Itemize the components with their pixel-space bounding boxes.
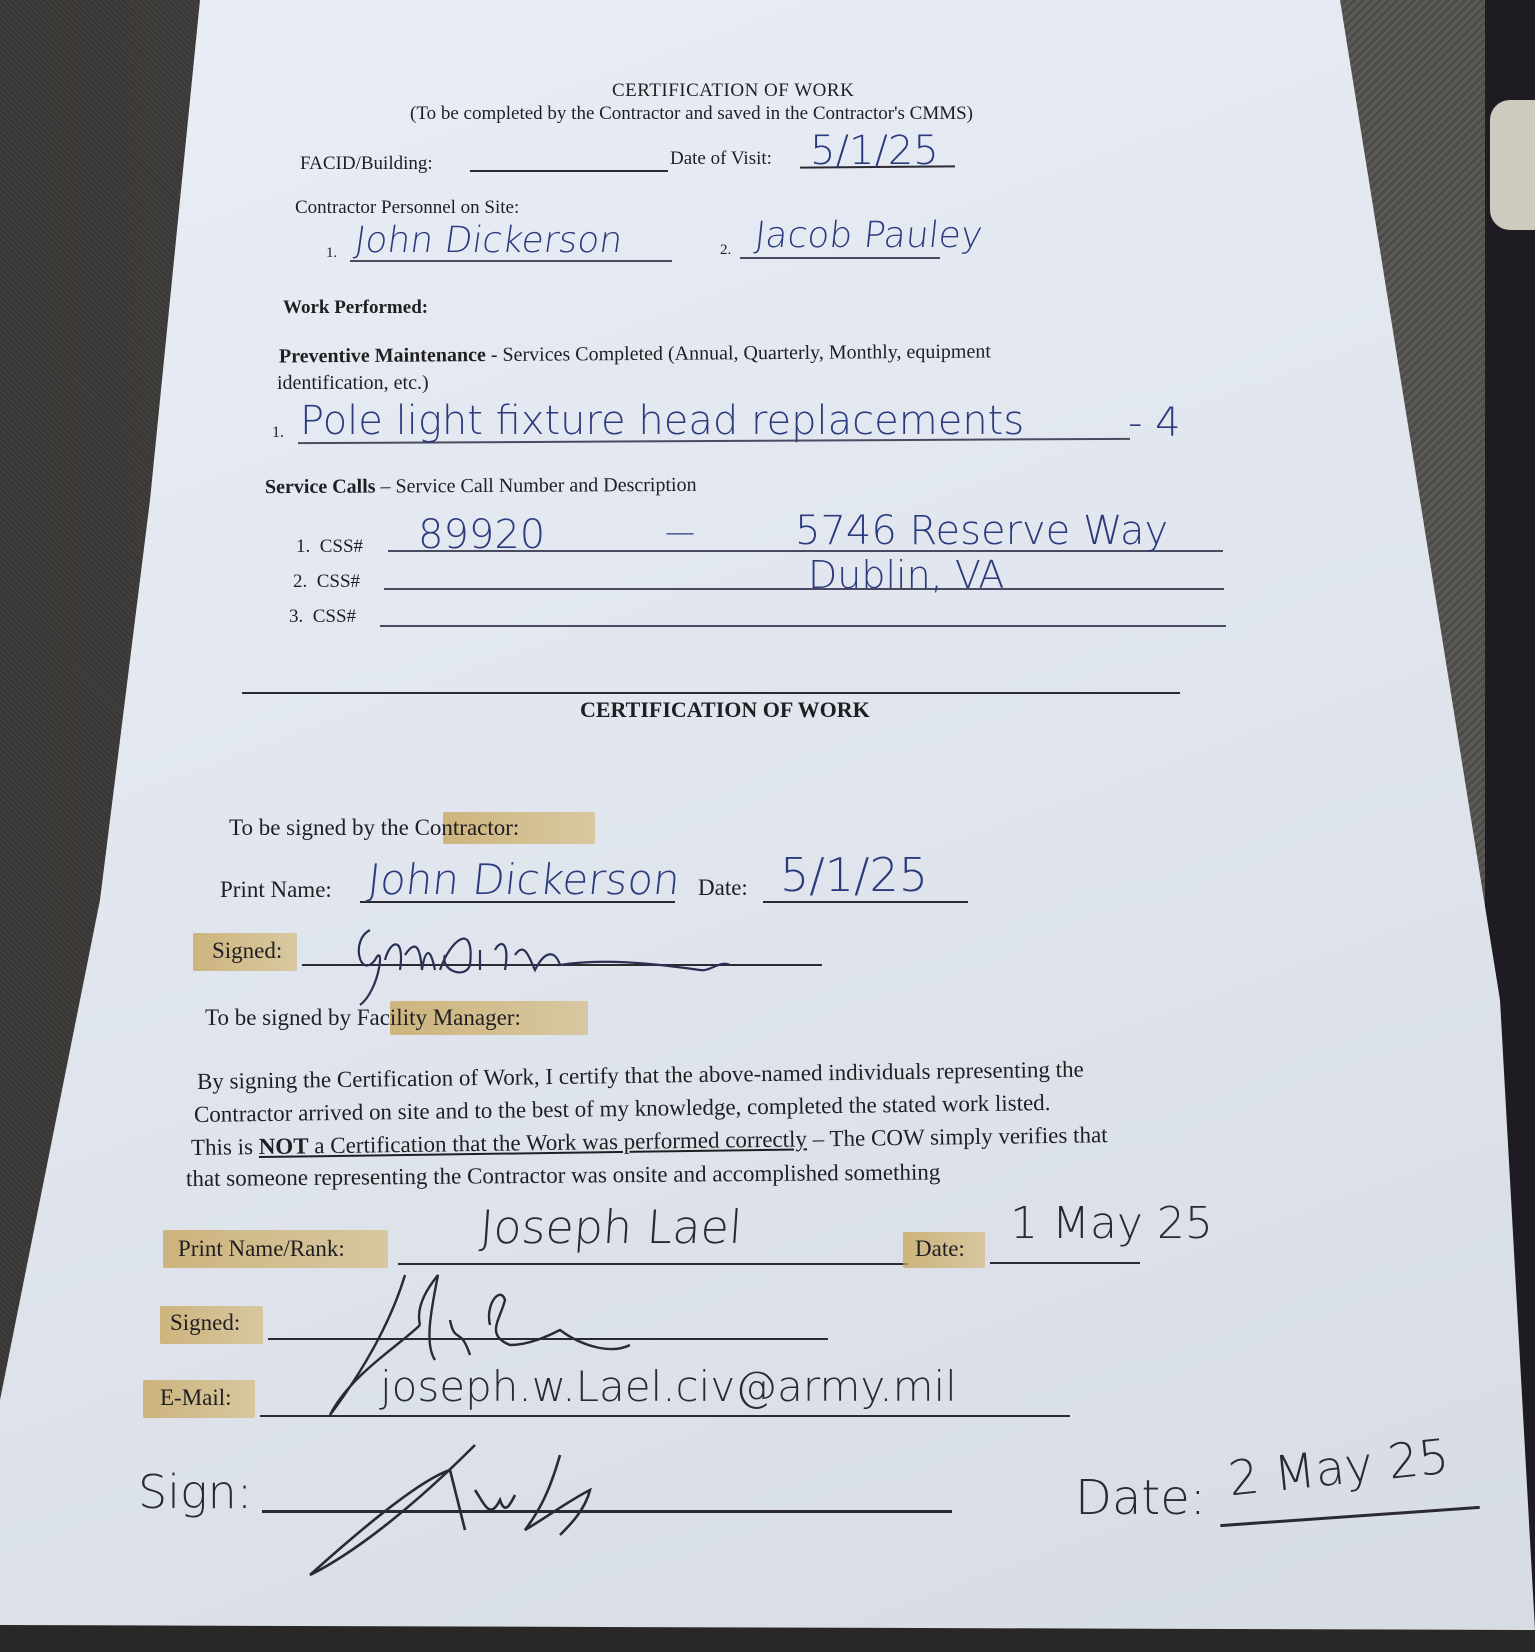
fm-email-field[interactable] (260, 1415, 1070, 1417)
extra-date-label: Date: (1075, 1470, 1206, 1526)
fm-email-label: E-Mail: (160, 1385, 232, 1411)
fm-sign-prefix: To be signed by (205, 1005, 357, 1030)
statement-line2: Contractor arrived on site and to the be… (194, 1090, 1051, 1128)
pm-description: Preventive Maintenance - Services Comple… (279, 341, 991, 369)
service-call-2-num: 2. (293, 571, 307, 592)
extra-date-value: 2 May 25 (1226, 1429, 1452, 1508)
contractor-date-value: 5/1/25 (780, 848, 928, 902)
personnel-2-field[interactable] (740, 257, 940, 259)
fm-print-name-value: Joseph Lael (478, 1200, 744, 1254)
date-of-visit-label: Date of Visit: (670, 148, 772, 170)
facid-label: FACID/Building: (300, 153, 433, 175)
pm-description-line2: identification, etc.) (277, 372, 429, 395)
fm-sign-heading: To be signed by Facility Manager: (205, 1005, 521, 1031)
personnel-2-name: Jacob Pauley (753, 215, 985, 256)
form-title: CERTIFICATION OF WORK (612, 80, 854, 102)
contractor-signature (330, 900, 760, 1010)
service-calls-description: Service Calls – Service Call Number and … (265, 474, 697, 499)
service-call-1-dash: — (665, 515, 695, 550)
service-call-2-css: CSS# (317, 571, 360, 592)
pm-item-1-suffix: - 4 (1128, 400, 1181, 446)
pm-label-rest: - Services Completed (Annual, Quarterly,… (486, 341, 991, 367)
extra-date-field[interactable] (1220, 1506, 1480, 1527)
contractor-print-name-label: Print Name: (220, 877, 332, 903)
service-call-1-label: 1. CSS# (296, 536, 363, 558)
certification-form: CERTIFICATION OF WORK (To be completed b… (0, 0, 1535, 1652)
contractor-date-label: Date: (698, 875, 748, 901)
statement-line4: that someone representing the Contractor… (186, 1159, 941, 1192)
service-call-2-description: Dublin, VA (808, 553, 1004, 597)
contractor-sign-heading: To be signed by the Contractor: (229, 815, 519, 841)
service-call-1-num: 1. (296, 536, 310, 557)
extra-sign-label: Sign: (138, 1465, 252, 1519)
personnel-2-num: 2. (720, 242, 731, 259)
contractor-sign-highlight: Contractor: (415, 815, 520, 840)
facid-field[interactable] (470, 170, 668, 172)
fm-email-value: joseph.w.Lael.civ@army.mil (380, 1362, 957, 1411)
service-call-3-num: 3. (289, 606, 303, 627)
statement-line3-a: This is (191, 1134, 259, 1160)
pm-item-1-num: 1. (272, 424, 284, 442)
fm-signed-label: Signed: (170, 1310, 240, 1336)
fm-print-name-label: Print Name/Rank: (178, 1236, 345, 1262)
personnel-1-num: 1. (326, 245, 337, 262)
service-call-2-field[interactable] (384, 588, 1224, 590)
service-call-1-number: 89920 (418, 512, 545, 558)
fm-date-label: Date: (915, 1236, 965, 1262)
fm-date-field[interactable] (990, 1262, 1140, 1264)
section-divider (242, 692, 1180, 694)
service-calls-label-rest: – Service Call Number and Description (375, 474, 696, 498)
pm-item-1-value: Pole light fixture head replacements (300, 398, 1024, 444)
form-subtitle: (To be completed by the Contractor and s… (410, 103, 973, 125)
section2-title: CERTIFICATION OF WORK (580, 697, 870, 723)
contractor-signed-label: Signed: (212, 938, 282, 964)
contractor-sign-prefix: To be signed by the (229, 815, 415, 840)
statement-line1: By signing the Certification of Work, I … (197, 1057, 1084, 1095)
service-call-1-description: 5746 Reserve Way (795, 508, 1168, 554)
personnel-label: Contractor Personnel on Site: (295, 197, 519, 219)
service-call-3-field[interactable] (380, 625, 1226, 627)
fm-sign-highlight: Facility Manager: (357, 1005, 521, 1030)
personnel-1-name: John Dickerson (352, 220, 625, 261)
contractor-print-name-value: John Dickerson (365, 855, 682, 904)
work-performed-label: Work Performed: (283, 297, 428, 319)
fm-date-value: 1 May 25 (1010, 1198, 1213, 1249)
service-call-3-css: CSS# (313, 606, 356, 627)
extra-signature (300, 1440, 700, 1580)
statement-line3: This is NOT a Certification that the Wor… (191, 1122, 1108, 1161)
pm-label-bold: Preventive Maintenance (279, 344, 486, 367)
statement-not: NOT (259, 1133, 309, 1159)
statement-line3-b: a Certification that the Work was perfor… (308, 1126, 807, 1158)
date-of-visit-value: 5/1/25 (810, 128, 939, 174)
service-call-2-label: 2. CSS# (293, 571, 360, 593)
service-call-1-css: CSS# (320, 536, 363, 557)
service-call-3-label: 3. CSS# (289, 606, 356, 628)
service-calls-label-bold: Service Calls (265, 476, 376, 499)
statement-line3-c: – The COW simply verifies that (807, 1122, 1108, 1151)
